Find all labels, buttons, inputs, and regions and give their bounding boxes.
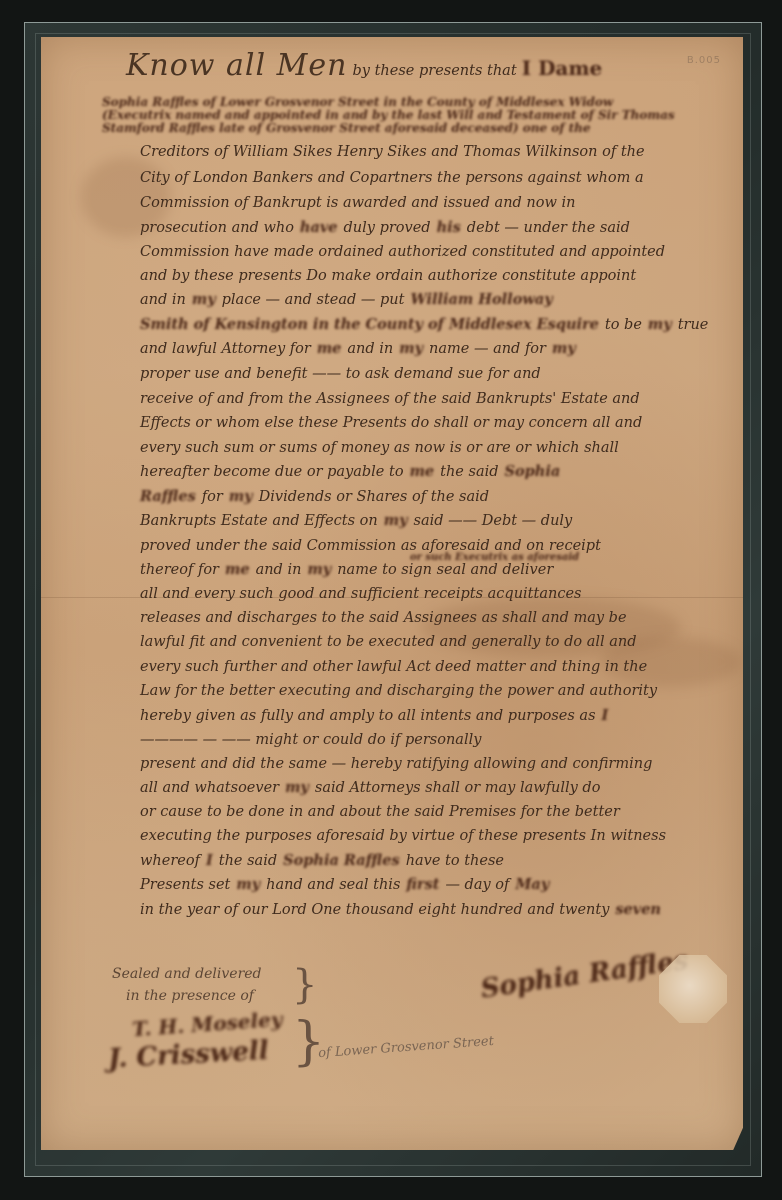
printed-text: in the year of our Lord One thousand eig… <box>140 902 609 918</box>
printed-text: thereof for <box>140 562 219 578</box>
printed-text: the said <box>219 853 277 869</box>
document-line: RafflesformyDividends or Shares of the s… <box>140 485 740 509</box>
document-line: whereofIthe saidSophia Raffleshave to th… <box>140 849 740 873</box>
printed-text: prosecution and who <box>140 220 294 236</box>
document-line: in the year of our Lord One thousand eig… <box>140 898 740 922</box>
document-line: ———— — —— might or could do if personall… <box>140 728 740 752</box>
printed-text: Presents set <box>140 877 230 893</box>
document-line: Stamford Raffles late of Grosvenor Stree… <box>102 121 702 135</box>
document-line: Commission have made ordained authorized… <box>140 240 740 264</box>
printed-text: Commission have made ordained authorized… <box>140 244 665 260</box>
document-line: Presents setmyhand and seal thisfirst— d… <box>140 873 740 897</box>
inserted-text: my <box>552 340 576 357</box>
document-line: City of London Bankers and Copartners th… <box>140 166 740 190</box>
document-line: Effects or whom else these Presents do s… <box>140 411 740 435</box>
heading-continuation: by these presents that <box>353 63 517 79</box>
document-line: (Executrix named and appointed in and by… <box>102 108 702 122</box>
document-line: hereby given as fully and amply to all i… <box>140 704 740 728</box>
document-line: Law for the better executing and dischar… <box>140 679 740 703</box>
inserted-text: I <box>602 707 609 724</box>
brace-icon: } <box>292 1012 325 1072</box>
inserted-text: me <box>410 463 435 480</box>
document-line: Creditors of William Sikes Henry Sikes a… <box>140 140 740 164</box>
heading-line: Know all Men by these presents that I Da… <box>126 48 706 84</box>
printed-text: or cause to be done in and about the sai… <box>140 804 620 820</box>
printed-text: and by these presents Do make ordain aut… <box>140 268 636 284</box>
printed-text: whereof <box>140 853 200 869</box>
printed-text: duly proved <box>344 220 431 236</box>
printed-text: said —— Debt — duly <box>414 513 573 529</box>
document-line: and inmyplace — and stead — putWilliam H… <box>140 288 740 312</box>
printed-text: ———— — —— might or could do if personall… <box>140 732 481 748</box>
document-line: Bankrupts Estate and Effects onmysaid ——… <box>140 509 740 533</box>
printed-text: receive of and from the Assignees of the… <box>140 391 640 407</box>
document-line: proper use and benefit —— to ask demand … <box>140 362 740 386</box>
inserted-text: Smith of Kensington in the County of Mid… <box>140 316 599 333</box>
document-line: hereafter become due or payable tomethe … <box>140 460 740 484</box>
printed-text: debt — under the said <box>467 220 630 236</box>
inserted-text: Stamford Raffles late of Grosvenor Stree… <box>102 121 591 135</box>
document-line: executing the purposes aforesaid by virt… <box>140 824 740 848</box>
printed-text: the said <box>440 464 498 480</box>
document-line: releases and discharges to the said Assi… <box>140 606 740 630</box>
inserted-text: I Dame <box>522 56 603 80</box>
inserted-text: first <box>406 876 439 893</box>
inserted-text: my <box>384 512 408 529</box>
document-line: lawful fit and convenient to be executed… <box>140 630 740 654</box>
printed-text: and in <box>347 341 393 357</box>
printed-text: place — and stead — put <box>222 292 405 308</box>
printed-text: lawful fit and convenient to be executed… <box>140 634 637 650</box>
attestation-line-1: Sealed and delivered <box>112 966 262 982</box>
inserted-text: my <box>399 340 423 357</box>
inserted-text: me <box>225 561 250 578</box>
attestation-line-2: in the presence of <box>126 988 254 1004</box>
inserted-text: my <box>648 316 672 333</box>
printed-text: hereby given as fully and amply to all i… <box>140 708 596 724</box>
printed-text: releases and discharges to the said Assi… <box>140 610 627 626</box>
document-line: every such sum or sums of money as now i… <box>140 436 740 460</box>
inserted-text: my <box>307 561 331 578</box>
document-line: and by these presents Do make ordain aut… <box>140 264 740 288</box>
printed-text: hereafter become due or payable to <box>140 464 404 480</box>
printed-text: present and did the same — hereby ratify… <box>140 756 652 772</box>
inserted-text: I <box>206 852 213 869</box>
printed-text: executing the purposes aforesaid by virt… <box>140 828 666 844</box>
printed-text: Effects or whom else these Presents do s… <box>140 415 642 431</box>
printed-text: and in <box>140 292 186 308</box>
printed-text: true <box>678 317 709 333</box>
printed-text: have to these <box>406 853 504 869</box>
printed-text: all and whatsoever <box>140 780 279 796</box>
inserted-text: my <box>229 488 253 505</box>
printed-text: — day of <box>445 877 509 893</box>
inserted-text: William Holloway <box>410 291 552 308</box>
inserted-text: (Executrix named and appointed in and by… <box>102 108 675 122</box>
document-line: receive of and from the Assignees of the… <box>140 387 740 411</box>
interlinear-insertion: or such Executrix as aforesaid <box>410 546 579 570</box>
printed-text: Commission of Bankrupt is awarded and is… <box>140 195 576 211</box>
printed-text: to be <box>605 317 642 333</box>
printed-text: Dividends or Shares of the said <box>259 489 489 505</box>
document-line: Sophia Raffles of Lower Grosvenor Street… <box>102 95 702 109</box>
printed-text: City of London Bankers and Copartners th… <box>140 170 644 186</box>
inserted-text: my <box>236 876 260 893</box>
document-line: all and whatsoevermysaid Attorneys shall… <box>140 776 740 800</box>
printed-text: said Attorneys shall or may lawfully do <box>315 780 601 796</box>
printed-text: and lawful Attorney for <box>140 341 311 357</box>
printed-text: all and every such good and sufficient r… <box>140 586 581 602</box>
printed-text: hand and seal this <box>266 877 400 893</box>
document-line: or cause to be done in and about the sai… <box>140 800 740 824</box>
document-line: prosecution and whohaveduly provedhisdeb… <box>140 216 740 240</box>
document-line: all and every such good and sufficient r… <box>140 582 740 606</box>
document-line: every such further and other lawful Act … <box>140 655 740 679</box>
printed-text: Bankrupts Estate and Effects on <box>140 513 378 529</box>
inserted-text: my <box>192 291 216 308</box>
printed-text: name — and for <box>429 341 546 357</box>
document-line: present and did the same — hereby ratify… <box>140 752 740 776</box>
printed-text: every such sum or sums of money as now i… <box>140 440 619 456</box>
printed-text: Creditors of William Sikes Henry Sikes a… <box>140 144 645 160</box>
inserted-text: Sophia <box>505 463 561 480</box>
printed-text: every such further and other lawful Act … <box>140 659 647 675</box>
wax-seal-impression <box>659 955 727 1023</box>
inserted-text: his <box>437 219 461 236</box>
document-line: Smith of Kensington in the County of Mid… <box>140 313 740 337</box>
inserted-text: have <box>300 219 338 236</box>
inserted-text: me <box>317 340 342 357</box>
printed-text: proper use and benefit —— to ask demand … <box>140 366 541 382</box>
document-line: thereof formeand inmyname to sign seal a… <box>140 558 740 582</box>
inserted-text: my <box>285 779 309 796</box>
inserted-text: Sophia Raffles <box>283 852 400 869</box>
printed-text: and in <box>256 562 302 578</box>
brace-icon: } <box>292 962 317 1008</box>
inserted-text: Raffles <box>140 488 196 505</box>
document-line: Commission of Bankrupt is awarded and is… <box>140 191 740 215</box>
document-heading: Know all Men <box>126 48 347 83</box>
printed-text: Law for the better executing and dischar… <box>140 683 657 699</box>
inserted-text: Sophia Raffles of Lower Grosvenor Street… <box>102 95 613 109</box>
inserted-text: May <box>515 876 549 893</box>
document-line: and lawful Attorney formeand inmyname — … <box>140 337 740 361</box>
printed-text: for <box>202 489 223 505</box>
inserted-text: seven <box>615 901 661 918</box>
